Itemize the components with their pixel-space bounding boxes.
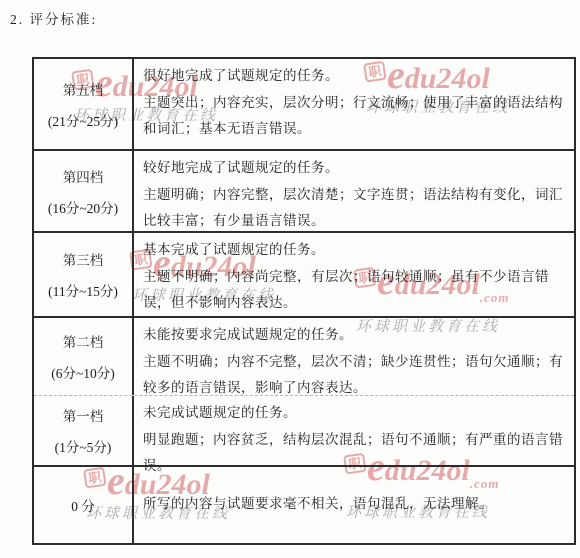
tier-detail: 主题不明确；内容尚完整，有层次；语句较通顺；虽有不少语言错误，但不影响内容表达。 — [143, 264, 568, 317]
tier-name: 第一档 — [63, 405, 104, 425]
table-row-zero: 0 分 所写的内容与试题要求毫不相关，语句混乱，无法理解。 — [34, 465, 574, 543]
tier-summary: 很好地完成了试题规定的任务。 — [143, 63, 568, 90]
tier-score-range: (6分~10分) — [51, 362, 115, 382]
tier-label-cell: 第三档 (11分~15分) — [34, 233, 134, 316]
tier-summary: 未能按要求完成试题规定的任务。 — [143, 322, 568, 349]
scanned-document-page: 2. 评分标准: 职edu24ol.com 环球职业教育在线 职edu24ol.… — [0, 0, 580, 558]
tier-label-cell: 第二档 (6分~10分) — [34, 318, 134, 395]
tier-name: 第四档 — [63, 166, 104, 186]
tier-summary: 基本完成了试题规定的任务。 — [143, 237, 568, 264]
tier-label-cell: 第四档 (16分~20分) — [34, 151, 134, 231]
tier-detail: 主题突出；内容充实，层次分明；行文流畅；使用了丰富的语法结构和词汇；基本无语言错… — [143, 90, 568, 143]
section-heading: 2. 评分标准: — [10, 8, 97, 28]
tier-name: 第三档 — [63, 249, 104, 269]
tier-detail: 主题明确；内容完整，层次清楚；文字连贯；语法结构有变化，词汇比较丰富；有少量语言… — [143, 182, 568, 235]
tier-name: 第二档 — [63, 331, 104, 351]
tier-description-cell: 所写的内容与试题要求毫不相关，语句混乱，无法理解。 — [134, 467, 574, 543]
tier-name: 0 分 — [71, 495, 95, 515]
table-row-tier5: 第五档 (21分~25分) 很好地完成了试题规定的任务。 主题突出；内容充实，层… — [34, 59, 574, 149]
tier-description-cell: 未能按要求完成试题规定的任务。 主题不明确；内容不完整，层次不清；缺少连贯性；语… — [134, 318, 574, 395]
tier-summary: 未完成试题规定的任务。 — [143, 400, 568, 427]
tier-score-range: (1分~5分) — [55, 436, 112, 456]
tier-description-cell: 未完成试题规定的任务。 明显跑题；内容贫乏，结构层次混乱；语句不通顺；有严重的语… — [134, 396, 574, 465]
tier-score-range: (11分~15分) — [48, 280, 118, 300]
tier-description-cell: 基本完成了试题规定的任务。 主题不明确；内容尚完整，有层次；语句较通顺；虽有不少… — [134, 233, 574, 316]
table-row-tier3: 第三档 (11分~15分) 基本完成了试题规定的任务。 主题不明确；内容尚完整，… — [34, 231, 574, 316]
tier-summary: 所写的内容与试题要求毫不相关，语句混乱，无法理解。 — [143, 491, 493, 518]
table-row-tier2: 第二档 (6分~10分) 未能按要求完成试题规定的任务。 主题不明确；内容不完整… — [34, 316, 574, 395]
table-row-tier1: 第一档 (1分~5分) 未完成试题规定的任务。 明显跑题；内容贫乏，结构层次混乱… — [34, 395, 574, 465]
tier-score-range: (16分~20分) — [48, 197, 118, 217]
tier-detail: 主题不明确；内容不完整，层次不清；缺少连贯性；语句欠通顺；有较多的语言错误，影响… — [143, 349, 568, 402]
tier-description-cell: 很好地完成了试题规定的任务。 主题突出；内容充实，层次分明；行文流畅；使用了丰富… — [134, 59, 574, 149]
tier-label-cell: 0 分 — [34, 467, 134, 543]
tier-score-range: (21分~25分) — [48, 110, 118, 130]
tier-name: 第五档 — [63, 79, 104, 99]
tier-label-cell: 第一档 (1分~5分) — [34, 396, 134, 465]
tier-summary: 较好地完成了试题规定的任务。 — [143, 155, 568, 182]
tier-label-cell: 第五档 (21分~25分) — [34, 59, 134, 149]
tier-description-cell: 较好地完成了试题规定的任务。 主题明确；内容完整，层次清楚；文字连贯；语法结构有… — [134, 151, 574, 231]
scoring-rubric-table: 第五档 (21分~25分) 很好地完成了试题规定的任务。 主题突出；内容充实，层… — [32, 57, 576, 545]
table-row-tier4: 第四档 (16分~20分) 较好地完成了试题规定的任务。 主题明确；内容完整，层… — [34, 149, 574, 231]
